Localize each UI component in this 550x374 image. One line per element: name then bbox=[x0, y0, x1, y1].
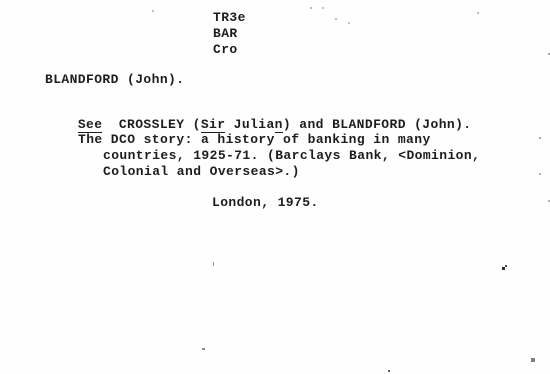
julian-text: Julia bbox=[225, 117, 274, 132]
scan-speck bbox=[502, 267, 505, 270]
title-line-3: Colonial and Overseas>.) bbox=[103, 164, 300, 180]
call-number-block: TR3e BAR Cro bbox=[213, 10, 246, 58]
scan-speck bbox=[388, 370, 390, 372]
julian-final-n-underlined: n bbox=[275, 117, 283, 133]
scan-speck bbox=[213, 262, 214, 266]
call-number-line-1: TR3e bbox=[213, 10, 246, 26]
title-line-2: countries, 1925-71. (Barclays Bank, <Dom… bbox=[103, 148, 480, 164]
title-line-1: The DCO story: a history of banking in m… bbox=[78, 132, 431, 148]
see-reference-text: CROSSLEY ( bbox=[102, 117, 200, 132]
see-label-underlined: See bbox=[78, 117, 103, 133]
scan-speck bbox=[477, 12, 479, 14]
scan-speck bbox=[310, 7, 312, 9]
see-reference-tail: ) and BLANDFORD (John). bbox=[283, 117, 472, 132]
scan-speck bbox=[505, 265, 507, 267]
sir-underlined: Sir bbox=[201, 117, 226, 133]
call-number-line-3: Cro bbox=[213, 42, 246, 58]
scan-speck bbox=[322, 7, 324, 9]
scan-speck bbox=[531, 358, 535, 362]
scan-speck bbox=[152, 10, 154, 12]
scan-speck bbox=[539, 137, 541, 139]
imprint-line: London, 1975. bbox=[212, 195, 319, 211]
scan-speck bbox=[539, 173, 541, 175]
scan-speck bbox=[335, 18, 337, 20]
scan-speck bbox=[348, 22, 350, 24]
author-heading: BLANDFORD (John). bbox=[45, 72, 184, 88]
catalog-card: TR3e BAR Cro BLANDFORD (John). See CROSS… bbox=[0, 0, 550, 374]
call-number-line-2: BAR bbox=[213, 26, 246, 42]
scan-speck bbox=[202, 348, 205, 350]
